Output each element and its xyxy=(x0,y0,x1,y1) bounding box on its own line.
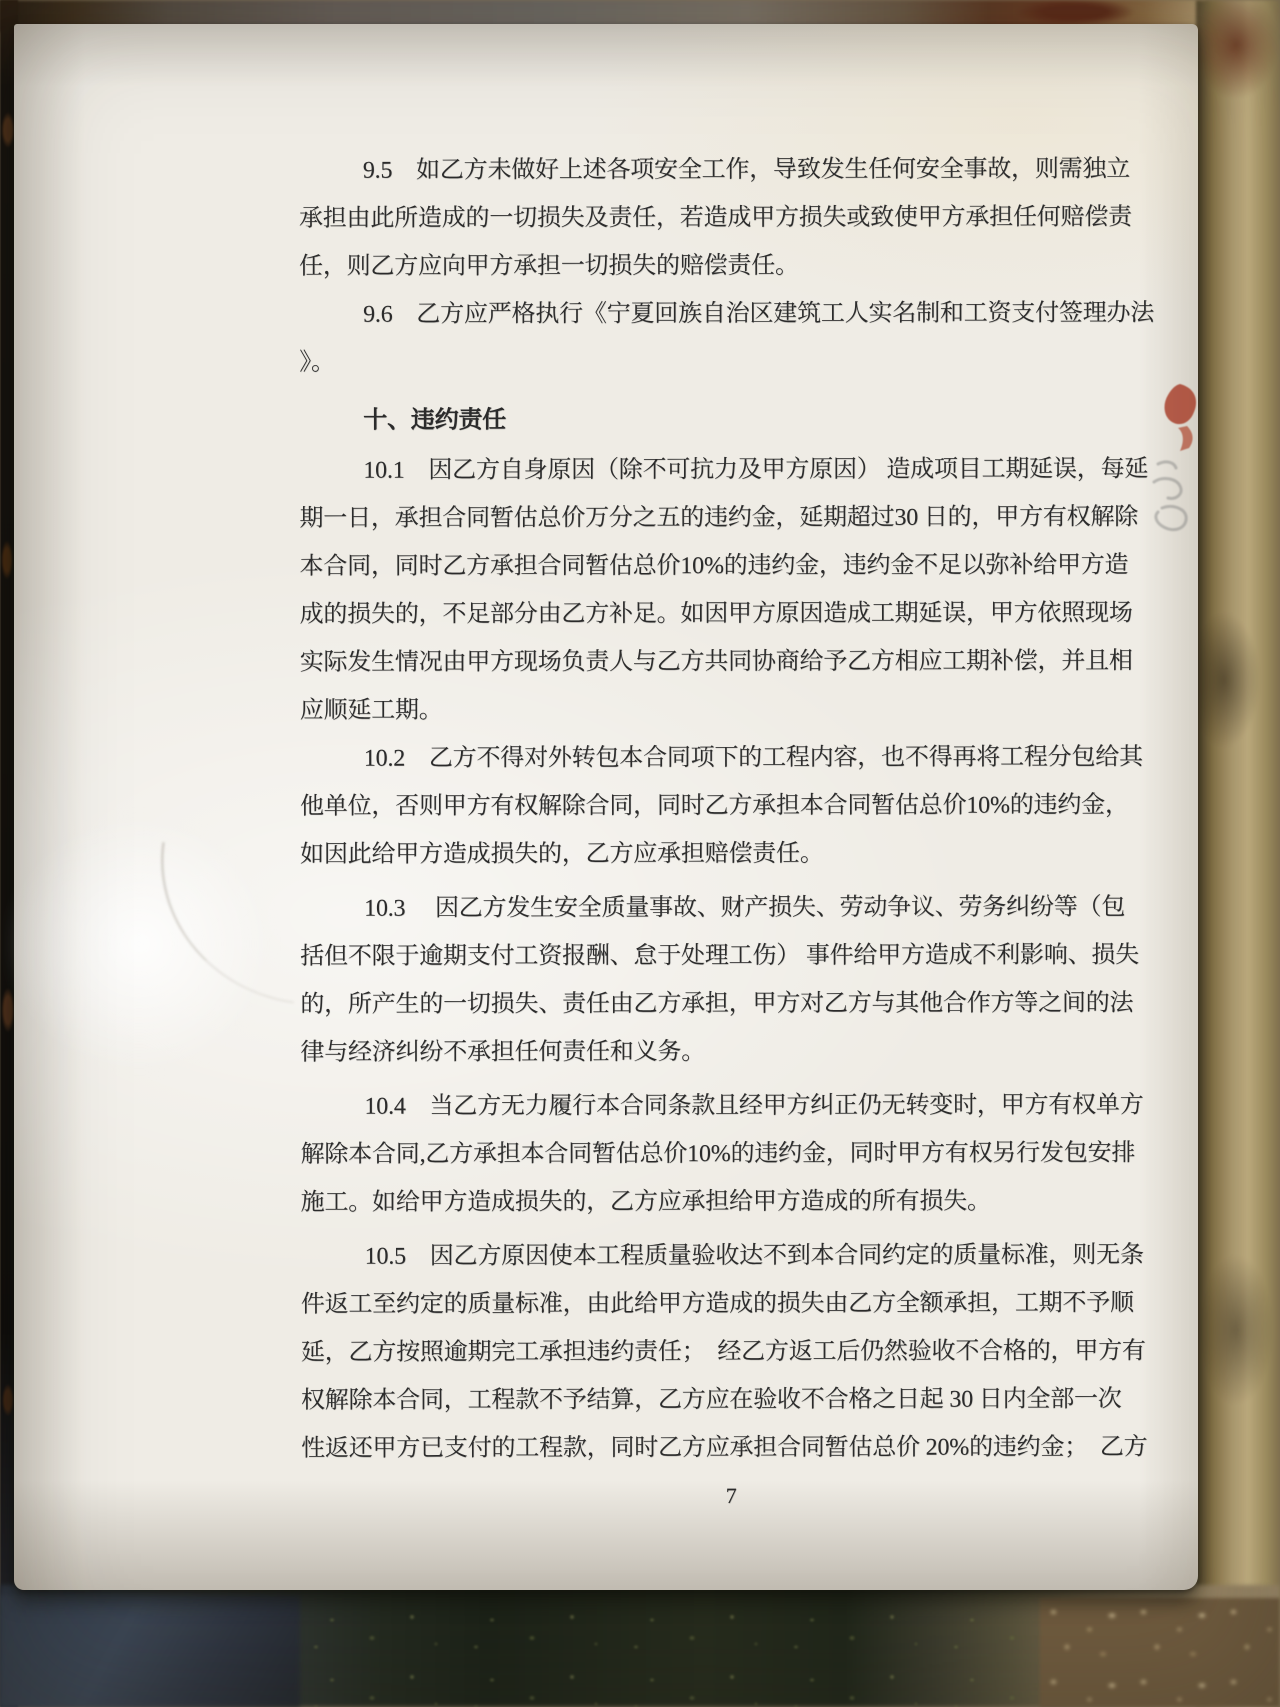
clause-10-3: 10.3 因乙方发生安全质量事故、财产损失、劳动争议、劳务纠纷等（包 括但不限于… xyxy=(300,883,1160,1077)
text-line: 本合同，同时乙方承担合同暂估总价10%的违约金，违约金不足以弥补给甲方造 xyxy=(299,541,1159,591)
text-line: 如因此给甲方造成损失的，乙方应承担赔偿责任。 xyxy=(300,829,1160,879)
text-line: 9.6 乙方应严格执行《宁夏回族自治区建筑工人实名制和工资支付签理办法 xyxy=(299,289,1159,339)
text-line: 10.4 当乙方无力履行本合同条款且经甲方纠正仍无转变时，甲方有权单方 xyxy=(300,1081,1160,1131)
text-line: 解除本合同,乙方承担本合同暂估总价10%的违约金，同时甲方有权另行发包安排 xyxy=(301,1129,1161,1179)
text-line: 10.2 乙方不得对外转包本合同项下的工程内容，也不得再将工程分包给其 xyxy=(300,733,1160,783)
text-line: 10.3 因乙方发生安全质量事故、财产损失、劳动争议、劳务纠纷等（包 xyxy=(300,883,1160,933)
desk-background-right xyxy=(1196,0,1280,1707)
text-line: 期一日，承担合同暂估总价万分之五的违约金，延期超过30 日的，甲方有权解除 xyxy=(299,493,1159,543)
text-line: 件返工至约定的质量标准，由此给甲方造成的损失由乙方全额承担，工期不予顺 xyxy=(301,1279,1161,1329)
text-line: 括但不限于逾期支付工资报酬、怠于处理工伤） 事件给甲方造成不利影响、损失 xyxy=(300,931,1160,981)
clause-10-5: 10.5 因乙方原因使本工程质量验收达不到本合同约定的质量标准，则无条 件返工至… xyxy=(301,1231,1161,1473)
text-line: 律与经济纠纷不承担任何责任和义务。 xyxy=(300,1027,1160,1077)
page-number: 7 xyxy=(301,1475,1161,1517)
text-line: 性返还甲方已支付的工程款，同时乙方应承担合同暂估总价 20%的违约金； 乙方 xyxy=(301,1423,1161,1473)
text-line: 延，乙方按照逾期完工承担违约责任； 经乙方返工后仍然验收不合格的，甲方有 xyxy=(301,1327,1161,1377)
background-denim-patch xyxy=(0,1595,300,1707)
text-line: 承担由此所造成的一切损失及责任，若造成甲方损失或致使甲方承担任何赔偿责 xyxy=(299,193,1159,243)
clause-9-5: 9.5 如乙方未做好上述各项安全工作，导致发生任何安全事故，则需独立 承担由此所… xyxy=(299,145,1159,291)
text-line: 施工。如给甲方造成损失的，乙方应承担给甲方造成的所有损失。 xyxy=(301,1177,1161,1227)
contract-page: 9.5 如乙方未做好上述各项安全工作，导致发生任何安全事故，则需独立 承担由此所… xyxy=(14,24,1198,1590)
background-gravel-patch xyxy=(1040,1598,1280,1707)
text-line: 实际发生情况由甲方现场负责人与乙方共同协商给予乙方相应工期补偿，并且相 xyxy=(300,637,1160,687)
text-line: 权解除本合同，工程款不予结算，乙方应在验收不合格之日起 30 日内全部一次 xyxy=(301,1375,1161,1425)
text-line: 他单位，否则甲方有权解除合同，同时乙方承担本合同暂估总价10%的违约金， xyxy=(300,781,1160,831)
document-text: 9.5 如乙方未做好上述各项安全工作，导致发生任何安全事故，则需独立 承担由此所… xyxy=(299,145,1161,1516)
section-heading-breach-liability: 十、违约责任 xyxy=(299,395,1159,445)
text-line: 的，所产生的一切损失、责任由乙方承担，甲方对乙方与其他合作方等之间的法 xyxy=(300,979,1160,1029)
clause-10-1: 10.1 因乙方自身原因（除不可抗力及甲方原因） 造成项目工期延误，每延 期一日… xyxy=(299,445,1160,735)
clause-10-2: 10.2 乙方不得对外转包本合同项下的工程内容，也不得再将工程分包给其 他单位，… xyxy=(300,733,1160,879)
text-line: 任，则乙方应向甲方承担一切损失的赔偿责任。 xyxy=(299,241,1159,291)
clause-9-6: 9.6 乙方应严格执行《宁夏回族自治区建筑工人实名制和工资支付签理办法 》。 xyxy=(299,289,1159,387)
background-foliage-patch xyxy=(300,1602,1060,1707)
text-line: 成的损失的，不足部分由乙方补足。如因甲方原因造成工期延误，甲方依照现场 xyxy=(300,589,1160,639)
text-line: 10.5 因乙方原因使本工程质量验收达不到本合同约定的质量标准，则无条 xyxy=(301,1231,1161,1281)
text-line: 应顺延工期。 xyxy=(300,685,1160,735)
clause-10-4: 10.4 当乙方无力履行本合同条款且经甲方纠正仍无转变时，甲方有权单方 解除本合… xyxy=(300,1081,1160,1227)
text-line: 》。 xyxy=(299,337,1159,387)
text-line: 9.5 如乙方未做好上述各项安全工作，导致发生任何安全事故，则需独立 xyxy=(299,145,1159,195)
text-line: 10.1 因乙方自身原因（除不可抗力及甲方原因） 造成项目工期延误，每延 xyxy=(299,445,1159,495)
